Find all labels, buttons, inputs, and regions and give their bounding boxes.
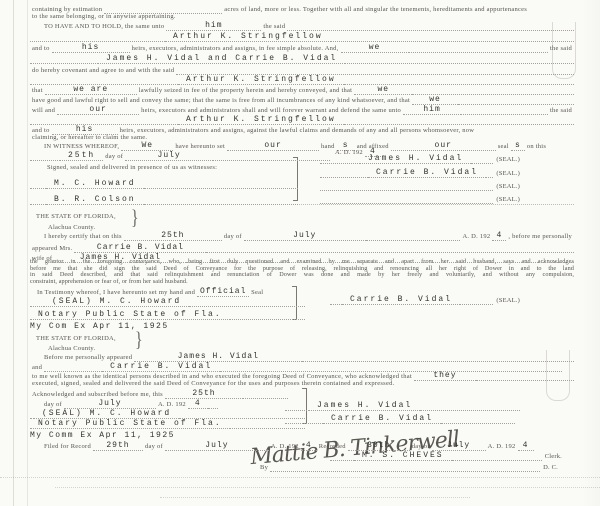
form-line: Arthur K. Stringfellow — [30, 32, 574, 42]
typed-entry: 4 — [518, 441, 534, 451]
printed-text: By — [258, 463, 270, 472]
typed-entry: 25th — [165, 389, 243, 399]
scanned-deed-page: the grantor in the foregoing conveyance,… — [0, 0, 600, 506]
typed-entry: his — [52, 43, 130, 53]
typed-entry: 29th — [93, 441, 143, 451]
form-line: TO HAVE AND TO HOLD, the same untohimthe… — [42, 21, 574, 31]
typed-entry: July — [432, 441, 486, 451]
typed-entry: Official — [197, 287, 249, 297]
dotted-leader — [144, 188, 298, 189]
scan-artifact — [582, 0, 600, 506]
form-line: M. C. Howard — [30, 179, 298, 189]
printed-text: (SEAL.) — [493, 182, 520, 191]
form-line: (SEAL.) — [320, 194, 520, 204]
typed-entry: s — [511, 141, 525, 151]
form-line: James H. Vidal and Carrie B. Vidal — [30, 54, 574, 64]
typed-entry: 4 — [301, 441, 317, 451]
form-line: 25thday ofJuly — [30, 151, 330, 161]
dotted-leader — [30, 41, 165, 42]
typed-entry: My Com Ex Apr 11, 1925 — [30, 322, 169, 331]
dotted-leader — [460, 304, 493, 305]
dotted-leader — [420, 410, 520, 411]
dotted-leader — [320, 163, 360, 164]
form-line: Carrie B. Vidal — [285, 414, 515, 424]
dotted-leader — [345, 63, 574, 64]
printed-text: day of — [103, 152, 125, 161]
typed-entry: Carrie B. Vidal — [342, 295, 460, 305]
typed-entry: 30th — [348, 441, 410, 451]
form-line: In Testimony whereof, I have hereunto se… — [35, 287, 325, 297]
printed-text: Signed, sealed and delivered in presence… — [45, 163, 219, 172]
dotted-leader — [189, 306, 305, 307]
printed-text: In Testimony whereof, I have hereunto se… — [35, 288, 197, 297]
paragraph-line: constraint, apprehension or fear of, or … — [30, 279, 574, 286]
printed-text: wife of — [30, 254, 54, 263]
typed-entry: James H. Vidal — [360, 154, 471, 164]
dotted-leader — [320, 190, 493, 191]
form-line: Signed, sealed and delivered in presence… — [45, 162, 295, 172]
typed-entry: our — [57, 105, 139, 115]
typed-entry: My Comm Ex Apr 11, 1925 — [30, 431, 175, 440]
dotted-leader — [486, 177, 493, 178]
printed-text: TO HAVE AND TO HOLD, the same unto — [42, 22, 166, 31]
typed-entry: Notary Public State of Fla. — [30, 419, 230, 429]
form-line: Notary Public State of Fla. — [30, 419, 305, 429]
typed-entry: him — [166, 21, 261, 31]
printed-text: day of — [42, 400, 64, 409]
dotted-leader — [366, 240, 461, 241]
printed-text: have good and lawful right to sell and c… — [30, 96, 412, 105]
typed-entry: we — [354, 85, 412, 95]
form-line: (SEAL) M. C. Howard — [30, 297, 305, 307]
typed-entry: M. S. CHEVES — [354, 451, 452, 461]
form-line: IN WITNESS WHEREOF,Wehave hereunto setou… — [42, 141, 562, 151]
printed-text: the said — [261, 22, 287, 31]
printed-text: the said — [548, 106, 574, 115]
form-line: will andourheirs, executors and administ… — [30, 105, 574, 115]
typed-entry: Carrie B. Vidal — [323, 414, 441, 424]
typed-entry: M. C. Howard — [46, 179, 144, 189]
form-line: Before me personally appearedJames H. Vi… — [42, 352, 574, 362]
dotted-leader — [30, 63, 98, 64]
dotted-leader — [270, 471, 540, 472]
typed-entry: Arthur K. Stringfellow — [178, 115, 344, 125]
printed-text: (SEAL.) — [493, 169, 520, 178]
dotted-leader — [409, 52, 548, 53]
printed-text: will and — [30, 106, 57, 115]
printed-text: IN WITNESS WHEREOF, — [42, 142, 121, 151]
dotted-leader — [452, 460, 542, 461]
typed-entry: 25th — [60, 151, 103, 161]
scan-artifact — [0, 477, 600, 478]
printed-text: (SEAL.) — [493, 195, 520, 204]
form-line: Carrie B. Vidal(SEAL.) — [330, 295, 520, 305]
form-line: James H. Vidal(SEAL.) — [320, 154, 520, 164]
printed-text: Filed for Record — [42, 442, 93, 451]
typed-entry: James H. Vidal — [309, 401, 420, 411]
form-line: I hereby certify that on this25thday ofJ… — [42, 231, 574, 241]
form-line: have good and lawful right to sell and c… — [30, 95, 574, 105]
form-line: THE STATE OF FLORIDA, — [34, 333, 234, 343]
typed-entry: Arthur K. Stringfellow — [178, 75, 344, 85]
printed-text: A. D. 192 — [486, 442, 518, 451]
printed-text: and to — [30, 44, 52, 53]
printed-text: on this — [525, 142, 548, 151]
form-line: and tohisheirs, executors, administrator… — [30, 43, 574, 53]
dotted-leader — [471, 163, 493, 164]
scan-artifact — [55, 487, 600, 488]
dotted-leader — [320, 203, 493, 204]
scan-artifact — [160, 497, 470, 498]
form-line: do hereby covenant and agree to and with… — [30, 65, 574, 75]
dotted-leader — [30, 188, 46, 189]
typed-entry: Notary Public State of Fla. — [30, 310, 230, 320]
typed-entry: Carrie B. Vidal — [368, 168, 486, 178]
dotted-leader — [230, 428, 305, 429]
typed-entry: we — [412, 95, 458, 105]
dotted-leader — [213, 160, 330, 161]
form-line: B. R. Colson — [30, 195, 298, 205]
typed-entry: we — [341, 43, 409, 53]
dotted-leader — [320, 177, 368, 178]
printed-text: to the same belonging, or in anywise app… — [30, 12, 178, 21]
typed-entry: Arthur K. Stringfellow — [165, 32, 331, 42]
printed-text: seal — [496, 142, 511, 151]
form-line: My Comm Ex Apr 11, 1925 — [30, 430, 305, 440]
printed-text: THE STATE OF FLORIDA, — [34, 334, 118, 343]
form-line: Arthur K. Stringfellow — [30, 75, 574, 85]
dotted-leader — [30, 204, 46, 205]
form-line: Arthur K. Stringfellow — [30, 115, 574, 125]
typed-entry: Carrie B. Vidal — [74, 243, 206, 253]
typed-entry: July — [64, 399, 156, 409]
typed-entry: (SEAL) M. C. Howard — [34, 409, 179, 419]
form-line: Acknowledged and subscribed before me, t… — [30, 389, 330, 399]
form-line: wife ofJames H. Vidal — [30, 253, 574, 263]
dotted-leader — [330, 460, 354, 461]
printed-text: A. D. 192 — [460, 232, 492, 241]
typed-entry: James H. Vidal — [54, 253, 186, 263]
printed-text: I hereby certify that on this — [42, 232, 124, 241]
printed-text: lawfully seized in fee of the property h… — [137, 86, 355, 95]
typed-entry: James H. Vidal and Carrie B. Vidal — [98, 54, 345, 64]
typed-entry: July — [165, 441, 269, 451]
dotted-leader — [30, 306, 44, 307]
printed-text: have hereunto set — [173, 142, 227, 151]
dotted-leader — [441, 423, 515, 424]
printed-text: Clerk. — [542, 452, 562, 461]
printed-text: the said — [548, 44, 574, 53]
margin-rule — [27, 0, 28, 506]
form-line: ByD. C. — [258, 462, 558, 472]
typed-entry: him — [403, 105, 461, 115]
form-line: THE STATE OF FLORIDA, — [34, 211, 234, 221]
margin-rule — [13, 0, 14, 506]
form-line: to the same belonging, or in anywise app… — [30, 11, 574, 21]
printed-text: A. D. 192 — [269, 442, 301, 451]
typed-entry: 4 — [492, 231, 506, 241]
typed-entry: July — [125, 151, 213, 161]
printed-text: THE STATE OF FLORIDA, — [34, 212, 118, 221]
typed-entry: B. R. Colson — [46, 195, 144, 205]
form-line: (SEAL.) — [320, 181, 520, 191]
form-line: Carrie B. Vidal(SEAL.) — [320, 168, 520, 178]
printed-text: do hereby covenant and agree to and with… — [30, 66, 176, 75]
dotted-leader — [287, 30, 574, 31]
printed-text: executed, signed, sealed and delivered t… — [30, 379, 396, 388]
form-line: day ofJulyA. D. 1924 — [42, 399, 300, 409]
printed-text: D. C. — [540, 463, 558, 472]
typed-entry: our — [227, 141, 319, 151]
printed-text: Before me personally appeared — [42, 353, 134, 362]
dotted-leader — [144, 204, 298, 205]
form-line: appeared Mrs.Carrie B. Vidal — [30, 243, 574, 253]
form-line: Notary Public State of Fla. — [30, 310, 305, 320]
dotted-leader — [230, 319, 305, 320]
printed-text: appeared Mrs. — [30, 244, 74, 253]
printed-text: heirs, executors and administrators shal… — [139, 106, 403, 115]
dotted-leader — [331, 41, 574, 42]
form-line: thatwe arelawfully seized in fee of the … — [30, 85, 574, 95]
typed-entry: 4 — [188, 399, 208, 409]
printed-text: (SEAL.) — [493, 155, 520, 164]
form-line: Filed for Record29thday ofJulyA. D. 1924… — [42, 441, 532, 451]
printed-text: Acknowledged and subscribed before me, t… — [30, 390, 165, 399]
form-line: M. S. CHEVESClerk. — [330, 451, 562, 461]
printed-text: that — [30, 86, 45, 95]
form-line: (SEAL) M. C. Howard — [30, 409, 305, 419]
printed-text: A. D. 192 — [156, 400, 188, 409]
form-line: My Com Ex Apr 11, 1925 — [30, 321, 305, 331]
typed-entry: We — [121, 141, 173, 151]
form-line: James H. Vidal — [285, 401, 520, 411]
typed-entry: we are — [45, 85, 137, 95]
printed-text: , before me personally — [506, 232, 574, 241]
printed-text: day of — [222, 232, 244, 241]
typed-entry: 25th — [124, 231, 222, 241]
typed-entry: July — [244, 231, 366, 241]
printed-text: day of — [143, 442, 165, 451]
dotted-leader — [186, 262, 574, 263]
printed-text: heirs, executors, administrators and ass… — [130, 44, 341, 53]
printed-text: Recorded — [317, 442, 348, 451]
dotted-leader — [330, 304, 342, 305]
printed-text: day of — [410, 442, 432, 451]
printed-text: (SEAL.) — [493, 296, 520, 305]
typed-entry: our — [391, 141, 496, 151]
typed-entry: James H. Vidal — [134, 352, 302, 362]
printed-text: Seal — [249, 288, 265, 297]
typed-entry: (SEAL) M. C. Howard — [44, 297, 189, 307]
dotted-leader — [30, 160, 60, 161]
form-line: executed, signed, sealed and delivered t… — [30, 378, 574, 388]
